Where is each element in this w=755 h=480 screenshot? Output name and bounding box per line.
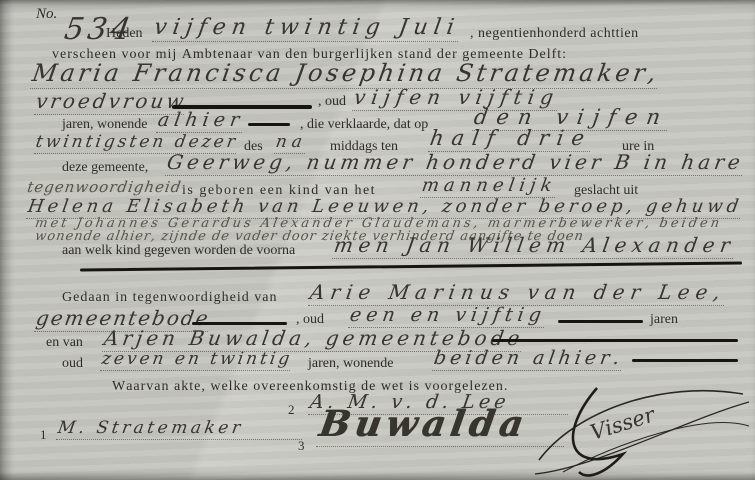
declarant-name-entry: Maria Francisca Josephina Stratemaker, [30, 59, 662, 89]
witness2-age-entry: zeven en twintig [100, 349, 294, 371]
record-date-entry: vijfen twintig Juli [152, 15, 462, 42]
presence-entry: tegenwoordigheid [26, 178, 183, 196]
signature3-number: 3 [298, 438, 305, 454]
printed-gedaan: Gedaan in tegenwoordigheid van [62, 290, 277, 306]
printed-die-verklaarde: , die verklaarde, dat op [300, 117, 428, 133]
birth-certificate-document: No. 534 Heden vijfen twintig Juli , nege… [0, 0, 755, 480]
printed-voornamen: aan welk kind gegeven worden de voorna [62, 243, 295, 259]
witnesses-residence-entry: beiden alhier. [432, 347, 625, 371]
printed-en-van: en van [46, 335, 83, 351]
signature2-number: 2 [288, 402, 295, 418]
act-number-label: No. [36, 6, 57, 23]
signature-stratemaker: M. Stratemaker [56, 418, 305, 440]
printed-oud-witness2: oud [62, 356, 83, 372]
printed-year: , negentienhonderd achttien [470, 26, 639, 42]
declarant-residence-entry: alhier [156, 109, 246, 133]
filler-line [558, 320, 643, 323]
child-names-entry: men Jan Willem Alexander [332, 233, 737, 259]
filler-line [632, 359, 738, 362]
birth-time-entry: half drie [428, 126, 594, 152]
birth-address-entry: Geerweg, nummer honderd vier B in hare [165, 150, 746, 176]
signature-buwalda: Buwalda [316, 403, 571, 447]
filler-line [192, 322, 287, 325]
pen-strike-line [80, 262, 742, 272]
official-signature-flourish: Visser [535, 382, 755, 480]
printed-oud: , oud [318, 94, 346, 110]
printed-deze-gemeente: deze gemeente, [62, 160, 148, 176]
witness1-age-entry: een en vijftig [348, 304, 548, 328]
printed-jaren-wonende-2: jaren, wonende [308, 356, 394, 372]
filler-line [248, 123, 290, 126]
printed-jaren: jaren [650, 312, 678, 328]
signature1-number: 1 [40, 427, 47, 443]
printed-jaren-wonende: jaren, wonende [62, 117, 148, 133]
witness1-name-entry: Arie Marinus van der Lee, [308, 280, 728, 306]
filler-line [492, 339, 738, 342]
gender-entry: mannelijk [420, 175, 558, 198]
official-signature-name: Visser [587, 402, 659, 445]
printed-heden: Heden [106, 26, 143, 42]
